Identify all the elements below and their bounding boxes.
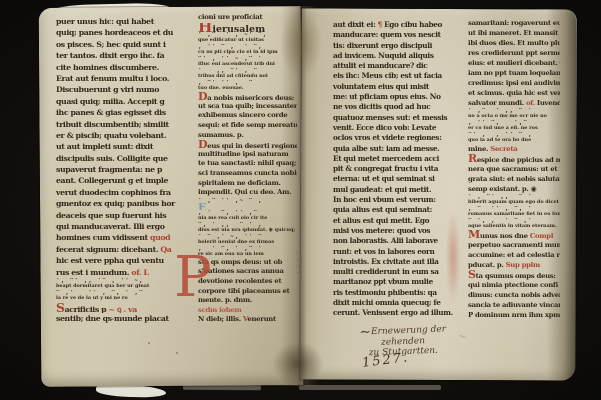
rubric-text: quod — [148, 233, 171, 242]
initial-letter: H — [198, 23, 212, 33]
manuscript-text-line: credimus: ipsi eni audivim — [468, 78, 560, 88]
manuscript-text-line: ut sca tua quib; incessanter — [198, 102, 297, 112]
manuscript-photo: puer unus hic: qui habet quiq; panes hor… — [0, 0, 601, 400]
manuscript-text-line: ^ ', , `' ^ ,'aque salientis in vitam et… — [468, 218, 560, 230]
manuscript-text-line: Respice dne ppicius ad mu — [468, 154, 560, 164]
manuscript-text-line: sci transeamus cuncta nobis — [198, 169, 297, 179]
manuscript-text-line: ut aut impleti sunt: dixit — [56, 141, 197, 152]
manuscript-text-line: voluntatem eius qui misit — [333, 82, 466, 92]
manuscript-text-line: pit & congregat fructu i vita — [333, 164, 466, 174]
rubric-text: of. — [524, 99, 535, 107]
manuscript-text-line: In hoc eni vbum est verum: — [333, 195, 466, 205]
manuscript-text-line: ' ^ ,' ~, '' ^bolerit ueniat dne ex firm… — [198, 234, 297, 246]
manuscript-text-line: Munus nos dne Compl — [468, 230, 560, 240]
text-column-right-2: samaritani: rogaverunt eu ut ibi maneret… — [468, 18, 560, 320]
manuscript-text-line: spiritalem ne deficiam. — [198, 179, 297, 189]
manuscript-text-line: Erat aut fenum multu i loco. — [56, 73, 197, 84]
manuscript-text-line: mul gaudeat: et qui metit. — [333, 185, 466, 195]
manuscript-text-line: ^, ' ,, `^ ' ,dius est uia nra qdundat. … — [198, 222, 297, 234]
manuscript-text-line: te tua sanctasti: nihil quaq; — [198, 159, 297, 169]
manuscript-text-line: cerunt. Venissent ergo ad illum. — [333, 308, 466, 318]
inscription-line1: Ernewerung der zehenden — [371, 324, 446, 347]
manuscript-text-line: s'uationes sacras annua — [198, 267, 297, 277]
manuscript-text-line: , '' ^ ,` ' ^,cu us pti cipa cio ei in i… — [198, 44, 297, 56]
manuscript-text-line: ' ,^ `' ,, ^ 'no a octa o ms me ocr nie … — [468, 108, 560, 120]
manuscript-text-line: Discubuerunt g viri numo — [56, 84, 197, 95]
manuscript-text-line: Sta qsumus omps deus: — [468, 270, 560, 280]
manuscript-text-line: accumine: et ad celestia regna — [468, 250, 560, 260]
manuscript-text-line: ne vos dicitis quod ad huc — [333, 102, 466, 112]
neume-row: ' ,^ '' ,~ ^ , — [198, 198, 297, 203]
manuscript-text-line: er & piscib; quatu volebant. — [56, 130, 197, 141]
manuscript-text-line: ' ` ,, ^' , ^tribus dni ad cfitendu noi — [198, 68, 297, 80]
manuscript-text-line: samaritani: rogaverunt eu — [468, 18, 560, 28]
manuscript-text-line: quia alius est qui seminat: — [333, 205, 466, 215]
manuscript-text-line: introistis. Ex civitate aut illa — [333, 257, 466, 267]
manuscript-text-line: devotione recolentes et — [198, 277, 297, 287]
manuscript-text-line: venit. Ecce dico vob: Levate — [333, 123, 466, 133]
manuscript-text-line: eius: et mulieri dicebant. Qa — [468, 58, 560, 68]
manuscript-text-line: Et qui metet mercedem acci — [333, 154, 466, 164]
manuscript-text-line: P dominum nrm ihm xpm. — [468, 310, 560, 320]
manuscript-text-line: ris testimoniu phibentis: qa — [333, 288, 466, 298]
manuscript-text-line: eant. Collegerunt g et imple — [56, 175, 197, 186]
manuscript-text-line: semp existant. p. ◉ — [468, 184, 560, 194]
manuscript-text-line: runt: et vos in labores eorn — [333, 247, 466, 257]
manuscript-text-line: sentib; dne qs munde placat — [56, 313, 197, 324]
manuscript-text-line: Hierusalem — [198, 23, 297, 33]
manuscript-text-line: eterna: ut et qui seminat si — [333, 174, 466, 184]
manuscript-text-line: grata sint: et nobis salutaria — [468, 174, 560, 184]
manuscript-text-line: ad invicem. Nuquid aliquis — [333, 51, 466, 61]
manuscript-text-line: ihc panes & gias egisset dis — [56, 107, 197, 118]
manuscript-text-line: tribuit discumbentib; similit — [56, 119, 197, 130]
initial-letter: R — [468, 154, 477, 164]
manuscript-text-line: me: ut pficiam opus eius. No — [333, 92, 466, 102]
manuscript-text-line: ' ,^ '' ,~ ^ ,Et so in undauit aqua — [198, 198, 297, 210]
manuscript-text-line: dimus: cuncta nobis adver — [468, 290, 560, 300]
manuscript-text-line: discipulis suis. Colligite que — [56, 153, 197, 164]
manuscript-text-line: ^' , '' ~ ,^ 'illuc eni ascenderut trib … — [198, 56, 297, 68]
manuscript-text-line: ' ,^ `' , ~' ^,que edificatur ut ciuitas — [198, 32, 297, 44]
manuscript-text-line: sta qs omps deus: ut ob — [198, 258, 297, 268]
manuscript-text-line: et scimus. quia hic est vere — [468, 88, 560, 98]
manuscript-text-line: impendit. Qui cu deo. Am. — [198, 188, 297, 198]
rubric-text: ~ ꝯ . va — [106, 305, 137, 313]
rubric-text: Sup pplm — [504, 261, 540, 269]
manuscript-text-line: , '' ^, ` ',^er co iud une a efi. ne ros — [468, 120, 560, 132]
manuscript-text-line: qui nimia ptectione confi — [468, 280, 560, 290]
manuscript-text-line: mente. p. dnm. — [198, 296, 297, 306]
manuscript-text-line: non laborastis. Alii laborave — [333, 236, 466, 246]
manuscript-text-line: gmentoz ex quiq; panibus hor — [56, 198, 197, 209]
manuscript-text-line: supaverut fragmenta: ne p — [56, 164, 197, 175]
parchment-speck — [148, 342, 150, 344]
manuscript-text-line: ut ibi maneret. Et mansit — [468, 28, 560, 38]
manuscript-text-line: sumamus. p. — [198, 131, 297, 141]
manuscript-text-line: oclos vros et videte regiones: — [333, 133, 466, 143]
parchment-speck — [176, 352, 178, 354]
manuscript-text-line: perpetuo sacramenti munder — [468, 240, 560, 250]
manuscript-text-line: cioni ure proficiat — [198, 13, 297, 23]
manuscript-text-line: quasi quiq; milia. Accepit g — [56, 96, 197, 107]
manuscript-text-line: Da nobis misericors deus: — [198, 92, 297, 102]
text-column-left-2: cioni ure proficiat Hierusalem ' ,^ `' ,… — [198, 13, 297, 325]
manuscript-text-line: corpore tibi placeamus et — [198, 287, 297, 297]
manuscript-text-line: iam no ppt tuam loquelam — [468, 68, 560, 78]
manuscript-text-line: et alius est qui metit. Ego — [333, 216, 466, 226]
manuscript-text-line: sancia te adiuvante vincam — [468, 300, 560, 310]
manuscript-text-line: cite homines discumbere. — [56, 62, 197, 73]
manuscript-text-line: qui manducaverat. Illi ergo — [56, 221, 197, 232]
book-block-edge-right — [299, 385, 441, 390]
drop-cap-P: P — [174, 250, 212, 306]
gutter-vertical-note: 1527 — [296, 165, 304, 275]
manuscript-text-line: tis: dixerunt ergo discipuli — [333, 41, 466, 51]
manuscript-text-line: misi vos metere: quod vos — [333, 226, 466, 236]
manuscript-text-line: ter tantos. dixit ergo ihc. fa — [56, 50, 197, 61]
manuscript-text-line: , `' ^, ' ,^ 're sic am oua ua un iem — [198, 246, 297, 258]
manuscript-text-line: sequi: et fide semp mereatur — [198, 121, 297, 131]
manuscript-text-line: ' , ^' ,, `^ 'biberit aquam quam ego do … — [468, 194, 560, 206]
manuscript-text-line: dixit michi omnia quecuq; fe — [333, 298, 466, 308]
initial-letter: S — [468, 270, 476, 280]
manuscript-text-line: multi crediderunt in eum sa — [333, 267, 466, 277]
manuscript-text-line: salvator mundi. of. Iuvende — [468, 98, 560, 108]
manuscript-text-line: quatuoz menses sut: et messis — [333, 113, 466, 123]
manuscript-text-line: aut dixit ei: ¶ Ego cibu habeo — [333, 20, 466, 30]
manuscript-text-line: verut duodecim cophinos fra — [56, 187, 197, 198]
manuscript-text-line: pducat. p. Sup pplm — [468, 260, 560, 270]
manuscript-text-line: , ^' '' ,` ^tuo dne. euouae. — [198, 80, 297, 92]
manuscript-text-line: eis ihc: Meus cib; est ut facia — [333, 71, 466, 81]
manuscript-text-line: maritanoz ppt vbum mulie — [333, 277, 466, 287]
manuscript-text-line: multitudine ipsi naturam — [198, 150, 297, 160]
manuscript-text-line: manducare: quem vos nescit — [333, 30, 466, 40]
manuscript-text-line: puer unus hic: qui habet — [56, 16, 197, 27]
gutter-stain-bottom — [272, 342, 324, 386]
manuscript-text-line: , '` ^, '' ,^uia me rea culi oio cir ite — [198, 210, 297, 222]
rubric-text: Compl — [528, 232, 553, 240]
manuscript-text-line: attulit ei manducare? dic — [333, 61, 466, 71]
initial-letter: S — [56, 302, 65, 313]
manuscript-text-line: os pisces. S; hec quid sunt i — [56, 39, 197, 50]
manuscript-text-line: scdm iohem — [198, 306, 297, 316]
manuscript-text-line: ibi duos dies. Et multo plu — [468, 38, 560, 48]
manuscript-text-line: exhibemus sincero corde — [198, 111, 297, 121]
initial-letter: M — [468, 230, 480, 240]
manuscript-text-line: quia albe sut: iam ad messe. — [333, 144, 466, 154]
manuscript-text-line: res crediderunt ppt sermone — [468, 48, 560, 58]
manuscript-text-line: homines cum vidissent quod — [56, 232, 197, 243]
manuscript-text-line: deaceis que sup fuerunt his — [56, 210, 197, 221]
manuscript-text-line: nera que sacramus: ut et tibi — [468, 164, 560, 174]
rubric-text: of. I. — [129, 268, 149, 277]
manuscript-text-line: Deus qui in deserti regione — [198, 140, 297, 150]
manuscript-text-line: , ^` '' , ^, 'romanus samaritane fiet in… — [468, 206, 560, 218]
rubric-text: Qa — [158, 245, 171, 254]
initial-letter: E — [198, 201, 206, 210]
text-column-right-1: aut dixit ei: ¶ Ego cibu habeo manducare… — [333, 20, 466, 319]
manuscript-text-line: ^' , `, '' ^ ,quo ia ad te ora bo dne — [468, 132, 560, 144]
manuscript-text-line: quiq; panes hordeaceos et du — [56, 27, 197, 38]
manuscript-text-line: N dieb; illis. Venerunt — [198, 315, 297, 325]
manuscript-text-line: mine. Secreta — [468, 144, 560, 154]
initial-letter: D — [198, 140, 207, 150]
rubric-text: Secreta — [488, 145, 517, 153]
initial-letter: D — [198, 92, 207, 102]
